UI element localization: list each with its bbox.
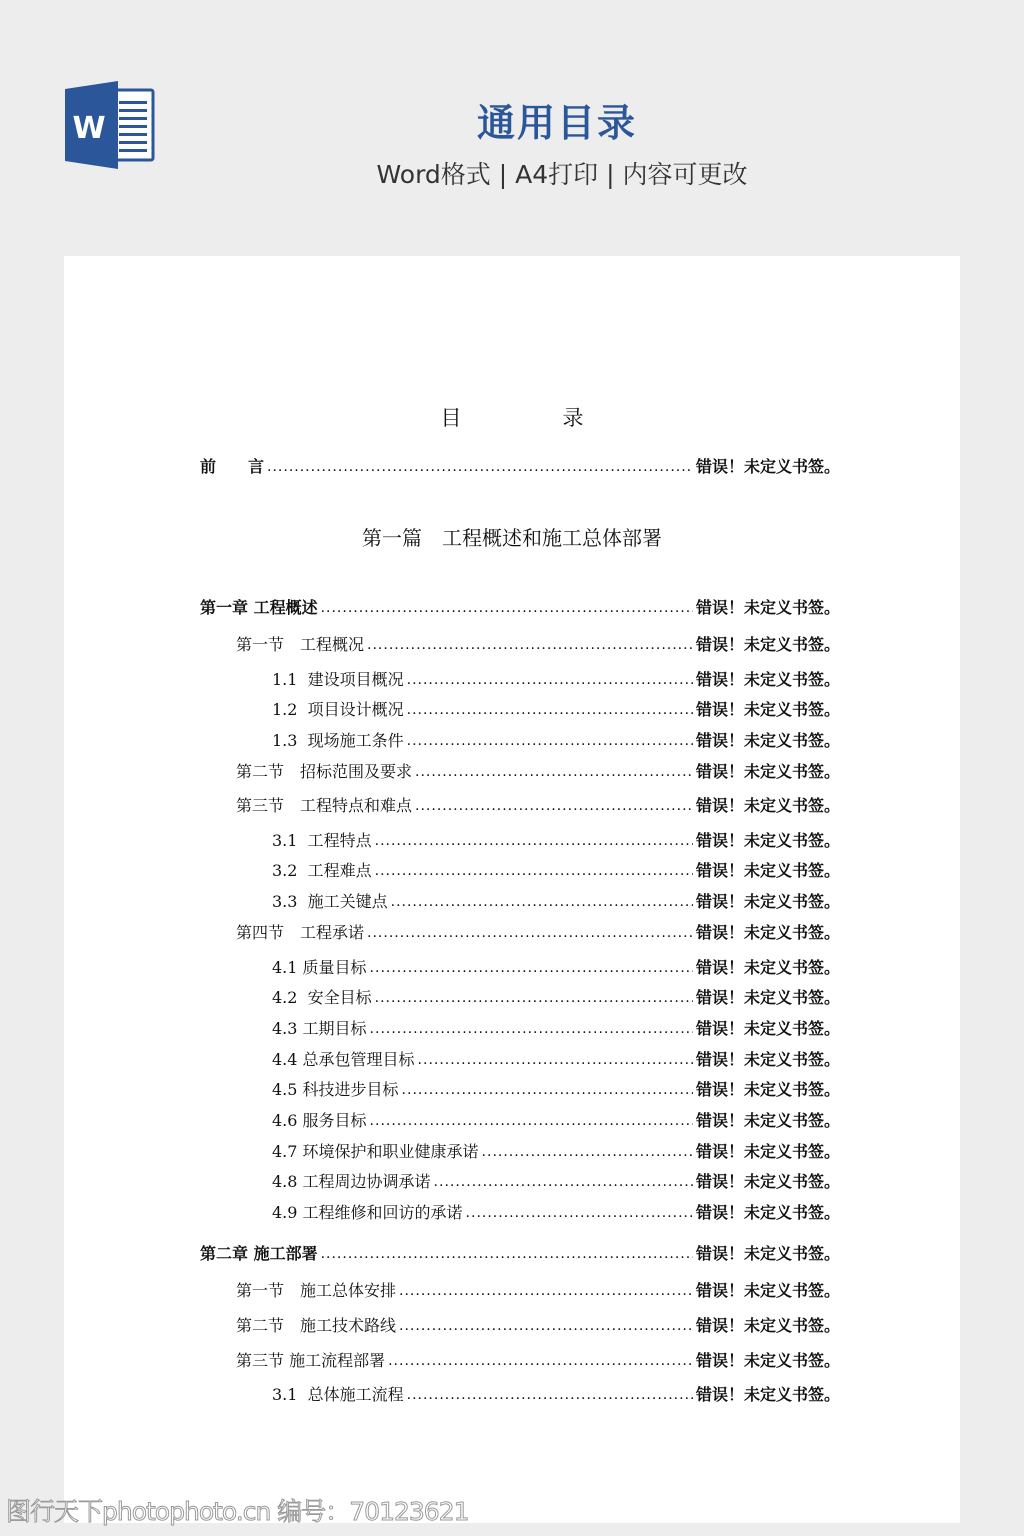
dot-leader: [388, 1350, 693, 1372]
toc-entry-label: 4.1 质量目标: [272, 957, 367, 979]
dot-leader: [267, 456, 693, 478]
part-heading: 第一篇 工程概述和施工总体部署: [64, 522, 960, 551]
toc-entry-label: 前 言: [200, 456, 264, 478]
dot-leader: [415, 795, 693, 817]
toc-page-ref: 错误！未定义书签。: [696, 699, 840, 721]
dot-leader: [415, 761, 693, 783]
toc-entry-label: 第三节 施工流程部署: [236, 1350, 385, 1372]
dot-leader: [482, 1141, 693, 1163]
document-page: 目 录 第一篇 工程概述和施工总体部署 前 言错误！未定义书签。第一章 工程概述…: [64, 256, 960, 1523]
toc-entry[interactable]: 1.2 项目设计概况错误！未定义书签。: [272, 699, 840, 721]
toc-page-ref: 错误！未定义书签。: [696, 860, 840, 882]
toc-entry-label: 4.7 环境保护和职业健康承诺: [272, 1141, 479, 1163]
dot-leader: [399, 1280, 693, 1302]
toc-entry[interactable]: 第四节 工程承诺错误！未定义书签。: [236, 922, 840, 944]
toc-page-ref: 错误！未定义书签。: [696, 456, 840, 478]
toc-page-ref: 错误！未定义书签。: [696, 1384, 840, 1406]
toc-entry[interactable]: 第一节 工程概况错误！未定义书签。: [236, 634, 840, 656]
toc-entry[interactable]: 3.1 工程特点错误！未定义书签。: [272, 830, 840, 852]
toc-entry-label: 4.4 总承包管理目标: [272, 1049, 415, 1071]
banner-title: 通用目录: [0, 92, 1024, 147]
toc-page-ref: 错误！未定义书签。: [696, 597, 840, 619]
toc-entry[interactable]: 第二节 施工技术路线错误！未定义书签。: [236, 1315, 840, 1337]
toc-page-ref: 错误！未定义书签。: [696, 891, 840, 913]
toc-entry[interactable]: 3.1 总体施工流程错误！未定义书签。: [272, 1384, 840, 1406]
toc-entry-label: 3.1 总体施工流程: [272, 1384, 404, 1406]
toc-page-ref: 错误！未定义书签。: [696, 1202, 840, 1224]
toc-entry-label: 4.3 工期目标: [272, 1018, 367, 1040]
toc-entry[interactable]: 第一章 工程概述错误！未定义书签。: [200, 597, 840, 619]
toc-entry-label: 1.3 现场施工条件: [272, 730, 404, 752]
dot-leader: [407, 730, 693, 752]
toc-entry-label: 4.9 工程维修和回访的承诺: [272, 1202, 463, 1224]
toc-title: 目 录: [64, 402, 960, 432]
dot-leader: [370, 1018, 693, 1040]
dot-leader: [321, 597, 693, 619]
toc-entry-label: 3.1 工程特点: [272, 830, 372, 852]
toc-page-ref: 错误！未定义书签。: [696, 1171, 840, 1193]
toc-page-ref: 错误！未定义书签。: [696, 795, 840, 817]
dot-leader: [367, 922, 693, 944]
toc-page-ref: 错误！未定义书签。: [696, 922, 840, 944]
toc-page-ref: 错误！未定义书签。: [696, 987, 840, 1009]
dot-leader: [399, 1315, 693, 1337]
toc-entry[interactable]: 第一节 施工总体安排错误！未定义书签。: [236, 1280, 840, 1302]
dot-leader: [407, 669, 693, 691]
toc-page-ref: 错误！未定义书签。: [696, 1280, 840, 1302]
toc-entry-label: 第三节 工程特点和难点: [236, 795, 412, 817]
toc-entry-label: 第一节 施工总体安排: [236, 1280, 396, 1302]
toc-entry-label: 3.3 施工关键点: [272, 891, 388, 913]
toc-page-ref: 错误！未定义书签。: [696, 1141, 840, 1163]
toc-page-ref: 错误！未定义书签。: [696, 1350, 840, 1372]
toc-entry-label: 第一节 工程概况: [236, 634, 364, 656]
toc-entry-label: 4.8 工程周边协调承诺: [272, 1171, 431, 1193]
dot-leader: [402, 1079, 693, 1101]
dot-leader: [375, 830, 693, 852]
toc-entry-label: 4.6 服务目标: [272, 1110, 367, 1132]
toc-entry-label: 3.2 工程难点: [272, 860, 372, 882]
toc-entry-label: 4.2 安全目标: [272, 987, 372, 1009]
toc-entry[interactable]: 前 言错误！未定义书签。: [200, 456, 840, 478]
dot-leader: [418, 1049, 693, 1071]
dot-leader: [370, 957, 693, 979]
toc-page-ref: 错误！未定义书签。: [696, 1049, 840, 1071]
dot-leader: [434, 1171, 693, 1193]
toc-entry[interactable]: 第三节 工程特点和难点错误！未定义书签。: [236, 795, 840, 817]
toc-page-ref: 错误！未定义书签。: [696, 1315, 840, 1337]
toc-page-ref: 错误！未定义书签。: [696, 1079, 840, 1101]
toc-entry[interactable]: 4.1 质量目标错误！未定义书签。: [272, 957, 840, 979]
dot-leader: [466, 1202, 693, 1224]
banner-subtitle: Word格式 | A4打印 | 内容可更改: [0, 155, 1024, 191]
dot-leader: [321, 1243, 693, 1265]
toc-entry[interactable]: 1.3 现场施工条件错误！未定义书签。: [272, 730, 840, 752]
toc-entry[interactable]: 第二章 施工部署错误！未定义书签。: [200, 1243, 840, 1265]
toc-entry-label: 1.1 建设项目概况: [272, 669, 404, 691]
toc-entry[interactable]: 4.9 工程维修和回访的承诺错误！未定义书签。: [272, 1202, 840, 1224]
toc-entry-label: 第二节 招标范围及要求: [236, 761, 412, 783]
dot-leader: [407, 1384, 693, 1406]
toc-entry[interactable]: 4.8 工程周边协调承诺错误！未定义书签。: [272, 1171, 840, 1193]
toc-entry[interactable]: 第二节 招标范围及要求错误！未定义书签。: [236, 761, 840, 783]
toc-page-ref: 错误！未定义书签。: [696, 730, 840, 752]
toc-entry-label: 第二章 施工部署: [200, 1243, 318, 1265]
toc-entry-label: 第四节 工程承诺: [236, 922, 364, 944]
toc-entry[interactable]: 4.6 服务目标错误！未定义书签。: [272, 1110, 840, 1132]
toc-page-ref: 错误！未定义书签。: [696, 1110, 840, 1132]
dot-leader: [367, 634, 693, 656]
toc-page-ref: 错误！未定义书签。: [696, 634, 840, 656]
dot-leader: [407, 699, 693, 721]
toc-entry[interactable]: 4.3 工期目标错误！未定义书签。: [272, 1018, 840, 1040]
dot-leader: [391, 891, 693, 913]
toc-page-ref: 错误！未定义书签。: [696, 830, 840, 852]
toc-page-ref: 错误！未定义书签。: [696, 957, 840, 979]
toc-page-ref: 错误！未定义书签。: [696, 669, 840, 691]
toc-page-ref: 错误！未定义书签。: [696, 1243, 840, 1265]
toc-page-ref: 错误！未定义书签。: [696, 1018, 840, 1040]
toc-entry[interactable]: 4.2 安全目标错误！未定义书签。: [272, 987, 840, 1009]
toc-entry[interactable]: 3.2 工程难点错误！未定义书签。: [272, 860, 840, 882]
watermark: 图行天下photophoto.cn 编号：70123621: [6, 1492, 469, 1528]
toc-entry-label: 1.2 项目设计概况: [272, 699, 404, 721]
toc-entry[interactable]: 4.4 总承包管理目标错误！未定义书签。: [272, 1049, 840, 1071]
toc-page-ref: 错误！未定义书签。: [696, 761, 840, 783]
toc-entry-label: 第一章 工程概述: [200, 597, 318, 619]
toc-entry[interactable]: 4.7 环境保护和职业健康承诺错误！未定义书签。: [272, 1141, 840, 1163]
toc-entry-label: 第二节 施工技术路线: [236, 1315, 396, 1337]
toc-entry[interactable]: 3.3 施工关键点错误！未定义书签。: [272, 891, 840, 913]
toc-entry[interactable]: 4.5 科技进步目标错误！未定义书签。: [272, 1079, 840, 1101]
toc-entry[interactable]: 1.1 建设项目概况错误！未定义书签。: [272, 669, 840, 691]
dot-leader: [375, 860, 693, 882]
toc-entry[interactable]: 第三节 施工流程部署错误！未定义书签。: [236, 1350, 840, 1372]
dot-leader: [375, 987, 693, 1009]
toc-entry-label: 4.5 科技进步目标: [272, 1079, 399, 1101]
dot-leader: [370, 1110, 693, 1132]
